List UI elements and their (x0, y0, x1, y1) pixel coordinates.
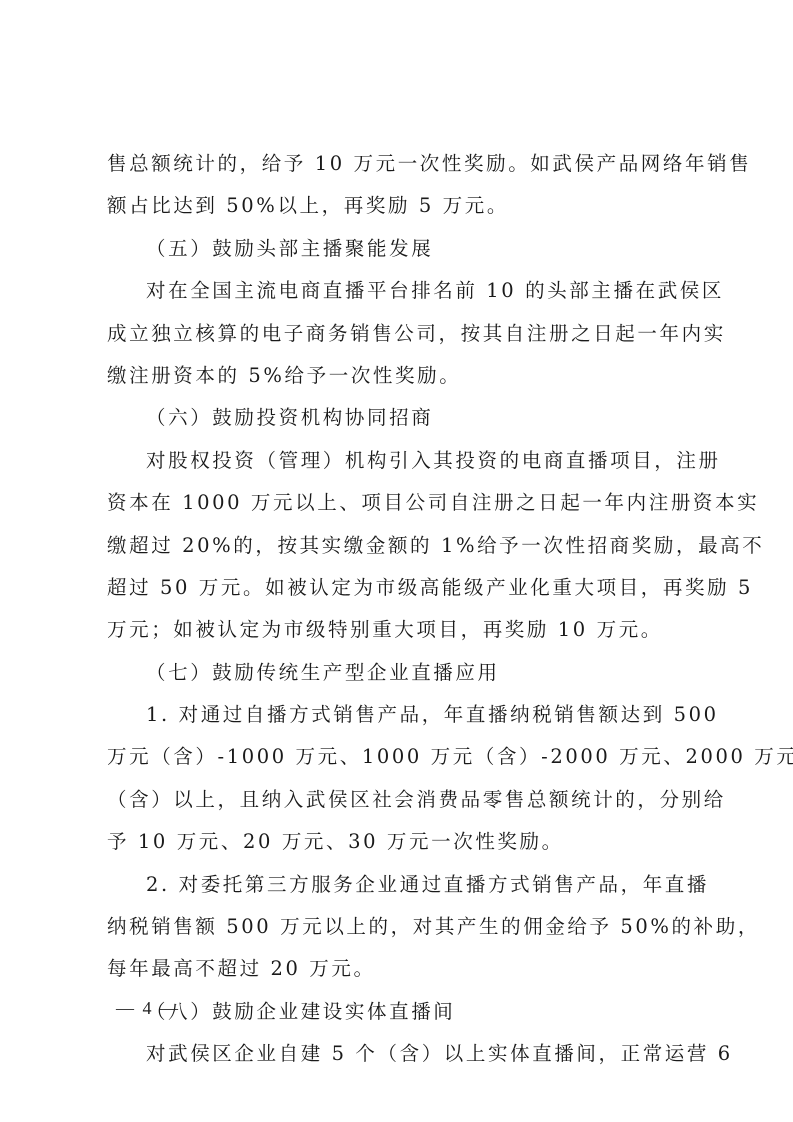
text-line: 资本在 1000 万元以上、项目公司自注册之日起一年内注册资本实 (107, 482, 695, 524)
text-line: 每年最高不超过 20 万元。 (107, 948, 695, 990)
text-line: 缴超过 20%的，按其实缴金额的 1%给予一次性招商奖励，最高不 (107, 525, 695, 567)
paragraph-start: 对股权投资（管理）机构引入其投资的电商直播项目，注册 (107, 440, 695, 482)
paragraph-start: 对在全国主流电商直播平台排名前 10 的头部主播在武侯区 (107, 270, 695, 312)
text-line: 纳税销售额 500 万元以上的，对其产生的佣金给予 50%的补助， (107, 906, 695, 948)
paragraph-start: 对武侯区企业自建 5 个（含）以上实体直播间，正常运营 6 (107, 1033, 695, 1075)
text-line: 予 10 万元、20 万元、30 万元一次性奖励。 (107, 821, 695, 863)
document-page: 售总额统计的，给予 10 万元一次性奖励。如武侯产品网络年销售 额占比达到 50… (107, 143, 695, 1076)
section-heading-5: （五）鼓励头部主播聚能发展 (107, 228, 695, 270)
text-line: 缴注册资本的 5%给予一次性奖励。 (107, 355, 695, 397)
text-line: 成立独立核算的电子商务销售公司，按其自注册之日起一年内实 (107, 313, 695, 355)
paragraph-start: 1. 对通过自播方式销售产品，年直播纳税销售额达到 500 (107, 694, 695, 736)
section-heading-6: （六）鼓励投资机构协同招商 (107, 397, 695, 439)
section-heading-7: （七）鼓励传统生产型企业直播应用 (107, 652, 695, 694)
text-line: 万元（含）-1000 万元、1000 万元（含）-2000 万元、2000 万元 (107, 736, 695, 778)
text-line: 万元；如被认定为市级特别重大项目，再奖励 10 万元。 (107, 609, 695, 651)
text-line: 额占比达到 50%以上，再奖励 5 万元。 (107, 185, 695, 227)
page-number: — 4 — (116, 998, 180, 1019)
text-line: （含）以上，且纳入武侯区社会消费品零售总额统计的，分别给 (107, 779, 695, 821)
text-line: 超过 50 万元。如被认定为市级高能级产业化重大项目，再奖励 5 (107, 567, 695, 609)
paragraph-start: 2. 对委托第三方服务企业通过直播方式销售产品，年直播 (107, 864, 695, 906)
text-line: 售总额统计的，给予 10 万元一次性奖励。如武侯产品网络年销售 (107, 143, 695, 185)
section-heading-8: （八）鼓励企业建设实体直播间 (107, 991, 695, 1033)
